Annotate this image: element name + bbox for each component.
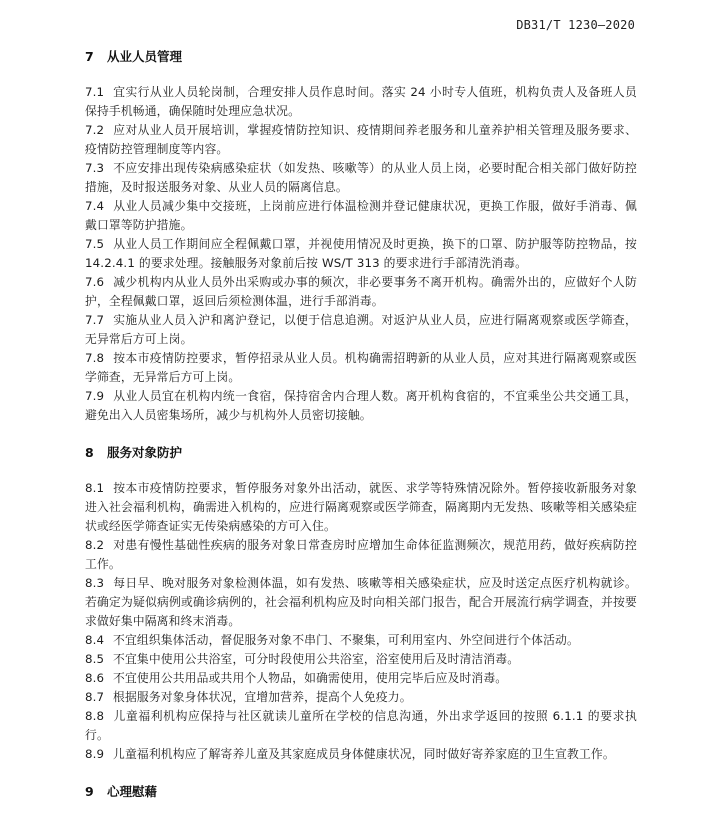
clause-7-8: 7.8按本市疫情防控要求，暂停招录从业人员。机构确需招聘新的从业人员，应对其进行… [85, 349, 637, 387]
clause-text: 按本市疫情防控要求，暂停招录从业人员。机构确需招聘新的从业人员，应对其进行隔离观… [85, 351, 637, 384]
clause-text: 应对从业人员开展培训，掌握疫情防控知识、疫情期间养老服务和儿童养护相关管理及服务… [85, 123, 637, 156]
clause-text: 按本市疫情防控要求，暂停服务对象外出活动，就医、求学等特殊情况除外。暂停接收新服… [85, 481, 637, 533]
clause-8-3: 8.3每日早、晚对服务对象检测体温，如有发热、咳嗽等相关感染症状，应及时送定点医… [85, 574, 637, 631]
document-body: 7从业人员管理 7.1宜实行从业人员轮岗制，合理安排人员作息时间。落实 24 小… [85, 47, 637, 818]
clause-text: 从业人员工作期间应全程佩戴口罩，并视使用情况及时更换，换下的口罩、防护服等防控物… [85, 237, 637, 270]
clause-number: 8.2 [85, 536, 113, 555]
clause-7-7: 7.7实施从业人员入沪和离沪登记，以便于信息追溯。对返沪从业人员，应进行隔离观察… [85, 311, 637, 349]
clause-number: 7.3 [85, 159, 113, 178]
clause-text: 根据服务对象身体状况，宜增加营养，提高个人免疫力。 [113, 690, 412, 704]
clause-number: 8.9 [85, 745, 113, 764]
clause-8-9: 8.9儿童福利机构应了解寄养儿童及其家庭成员身体健康状况，同时做好寄养家庭的卫生… [85, 745, 637, 764]
clause-text: 不宜集中使用公共浴室，可分时段使用公共浴室，浴室使用后及时清洁消毒。 [113, 652, 519, 666]
clause-7-6: 7.6减少机构内从业人员外出采购或办事的频次，非必要事务不离开机构。确需外出的，… [85, 273, 637, 311]
clause-number: 8.3 [85, 574, 113, 593]
clause-number: 8.1 [85, 479, 113, 498]
section-heading-7: 7从业人员管理 [85, 47, 637, 66]
section-spacer [85, 764, 637, 782]
clause-number: 7.8 [85, 349, 113, 368]
clause-8-1: 8.1按本市疫情防控要求，暂停服务对象外出活动，就医、求学等特殊情况除外。暂停接… [85, 479, 637, 536]
section-heading-9: 9心理慰藉 [85, 782, 637, 801]
clause-number: 7.6 [85, 273, 113, 292]
clause-number: 7.4 [85, 197, 113, 216]
section-number: 9 [85, 782, 107, 801]
clause-text: 儿童福利机构应保持与社区就读儿童所在学校的信息沟通，外出求学返回的按照 6.1.… [85, 709, 637, 742]
clause-number: 7.9 [85, 387, 113, 406]
section-title: 服务对象防护 [107, 445, 182, 460]
clause-text: 从业人员宜在机构内统一食宿，保持宿舍内合理人数。离开机构食宿的，不宜乘坐公共交通… [85, 389, 637, 422]
clause-number: 8.5 [85, 650, 113, 669]
clause-text: 宜实行从业人员轮岗制，合理安排人员作息时间。落实 24 小时专人值班，机构负责人… [85, 85, 637, 118]
clause-8-4: 8.4不宜组织集体活动，督促服务对象不串门、不聚集，可利用室内、外空间进行个体活… [85, 631, 637, 650]
clause-text: 从业人员减少集中交接班，上岗前应进行体温检测并登记健康状况，更换工作服，做好手消… [85, 199, 637, 232]
document-page: DB31/T 1230—2020 7从业人员管理 7.1宜实行从业人员轮岗制，合… [0, 0, 703, 824]
section-title: 从业人员管理 [107, 49, 182, 64]
clause-number: 7.1 [85, 83, 113, 102]
clause-text: 不应安排出现传染病感染症状（如发热、咳嗽等）的从业人员上岗，必要时配合相关部门做… [85, 161, 637, 194]
clause-8-7: 8.7根据服务对象身体状况，宜增加营养，提高个人免疫力。 [85, 688, 637, 707]
clause-text: 每日早、晚对服务对象检测体温，如有发热、咳嗽等相关感染症状，应及时送定点医疗机构… [85, 576, 637, 628]
clause-number: 8.7 [85, 688, 113, 707]
section-title: 心理慰藉 [107, 784, 157, 799]
clause-text: 对患有慢性基础性疾病的服务对象日常查房时应增加生命体征监测频次，规范用药，做好疾… [85, 538, 637, 571]
section-number: 8 [85, 443, 107, 462]
section-spacer [85, 425, 637, 443]
clause-text: 不宜使用公共用品或共用个人物品，如确需使用，使用完毕后应及时消毒。 [113, 671, 507, 685]
clause-8-2: 8.2对患有慢性基础性疾病的服务对象日常查房时应增加生命体征监测频次，规范用药，… [85, 536, 637, 574]
clause-8-5: 8.5不宜集中使用公共浴室，可分时段使用公共浴室，浴室使用后及时清洁消毒。 [85, 650, 637, 669]
clause-number: 7.7 [85, 311, 113, 330]
clause-text: 实施从业人员入沪和离沪登记，以便于信息追溯。对返沪从业人员，应进行隔离观察或医学… [85, 313, 637, 346]
clause-7-3: 7.3不应安排出现传染病感染症状（如发热、咳嗽等）的从业人员上岗，必要时配合相关… [85, 159, 637, 197]
clause-number: 8.4 [85, 631, 113, 650]
standard-code: DB31/T 1230—2020 [516, 18, 635, 32]
clause-8-8: 8.8儿童福利机构应保持与社区就读儿童所在学校的信息沟通，外出求学返回的按照 6… [85, 707, 637, 745]
clause-8-6: 8.6不宜使用公共用品或共用个人物品，如确需使用，使用完毕后应及时消毒。 [85, 669, 637, 688]
clause-number: 7.2 [85, 121, 113, 140]
clause-7-5: 7.5从业人员工作期间应全程佩戴口罩，并视使用情况及时更换，换下的口罩、防护服等… [85, 235, 637, 273]
clause-text: 减少机构内从业人员外出采购或办事的频次，非必要事务不离开机构。确需外出的，应做好… [85, 275, 637, 308]
section-heading-8: 8服务对象防护 [85, 443, 637, 462]
clause-text: 儿童福利机构应了解寄养儿童及其家庭成员身体健康状况，同时做好寄养家庭的卫生宣教工… [113, 747, 615, 761]
clause-7-1: 7.1宜实行从业人员轮岗制，合理安排人员作息时间。落实 24 小时专人值班，机构… [85, 83, 637, 121]
clause-number: 8.8 [85, 707, 113, 726]
clause-7-9: 7.9从业人员宜在机构内统一食宿，保持宿舍内合理人数。离开机构食宿的，不宜乘坐公… [85, 387, 637, 425]
clause-text: 不宜组织集体活动，督促服务对象不串门、不聚集，可利用室内、外空间进行个体活动。 [113, 633, 579, 647]
clause-7-4: 7.4从业人员减少集中交接班，上岗前应进行体温检测并登记健康状况，更换工作服，做… [85, 197, 637, 235]
section-number: 7 [85, 47, 107, 66]
clause-7-2: 7.2应对从业人员开展培训，掌握疫情防控知识、疫情期间养老服务和儿童养护相关管理… [85, 121, 637, 159]
clause-number: 7.5 [85, 235, 113, 254]
clause-number: 8.6 [85, 669, 113, 688]
